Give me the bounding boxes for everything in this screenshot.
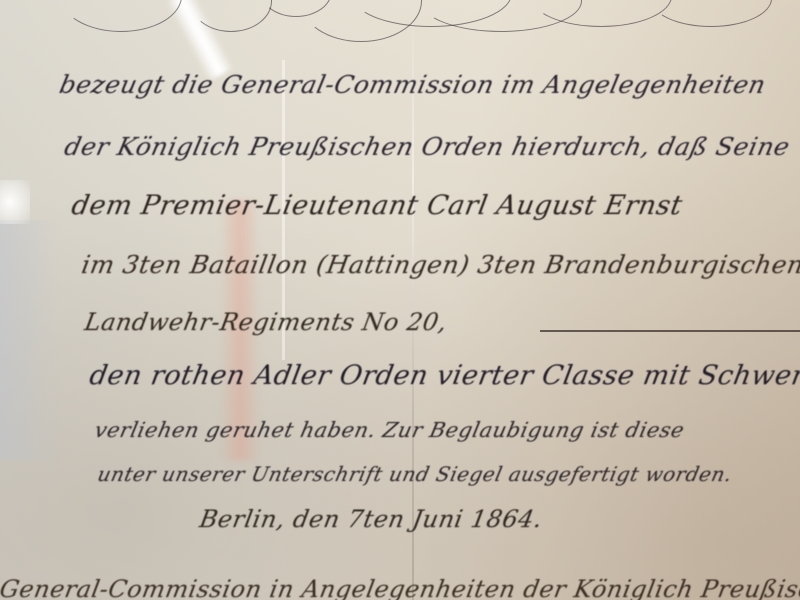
- document-line-5: Landwehr-Regiments No 20,: [83, 308, 450, 336]
- document-line-7: verliehen geruhet haben. Zur Beglaubigun…: [92, 418, 686, 442]
- glass-reflection: [0, 220, 60, 460]
- document-line-3: dem Premier-Lieutenant Carl August Ernst: [69, 190, 685, 221]
- place-date-line: Berlin, den 7ten Juni 1864.: [198, 505, 545, 533]
- document-line-4: im 3ten Bataillon (Hattingen) 3ten Brand…: [79, 250, 800, 279]
- document-line-6: den rothen Adler Orden vierter Classe mi…: [87, 360, 800, 391]
- issuer-line: General-Commission in Angelegenheiten de…: [0, 575, 800, 600]
- fill-rule-line: [540, 330, 800, 332]
- document-line-2: der Königlich Preußischen Orden hierdurc…: [62, 132, 793, 161]
- light-glare-left: [0, 180, 30, 224]
- document-line-8: unter unserer Unterschrift und Siegel au…: [95, 462, 734, 486]
- document-line-1: bezeugt die General-Commission im Angele…: [57, 70, 769, 99]
